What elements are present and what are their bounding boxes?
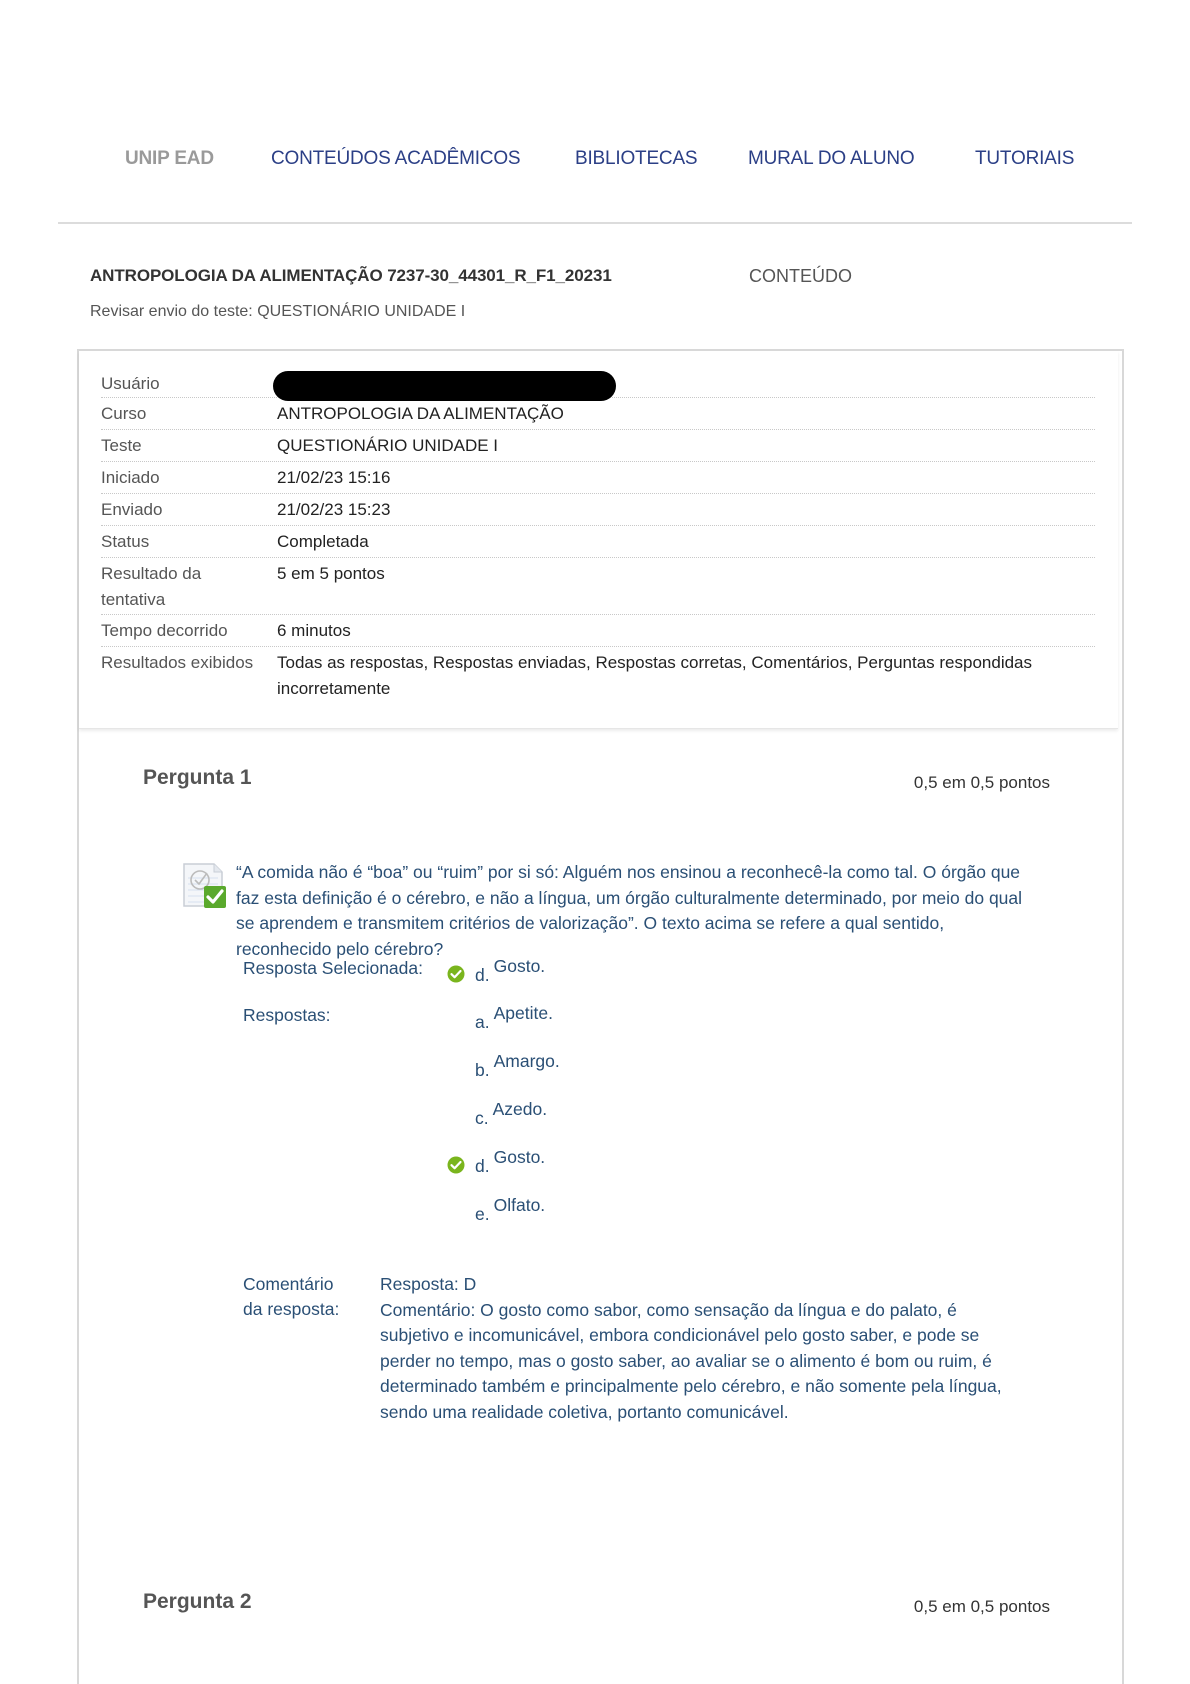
check-circle-icon [447, 1156, 465, 1174]
course-title: ANTROPOLOGIA DA ALIMENTAÇÃO 7237-30_4430… [90, 266, 612, 286]
summary-label: Usuário [101, 371, 271, 397]
comment-text: Comentário: O gosto como sabor, como sen… [380, 1298, 1030, 1426]
answer-option-c: c.Azedo. [475, 1099, 547, 1120]
summary-label: Tempo decorrido [101, 618, 271, 644]
answer-option-d-correct: d.Gosto. [475, 1147, 545, 1168]
summary-value: 21/02/23 15:16 [277, 465, 1077, 491]
summary-value: Todas as respostas, Respostas enviadas, … [277, 650, 1077, 702]
attempt-summary: Usuário Curso ANTROPOLOGIA DA ALIMENTAÇÃ… [79, 351, 1118, 729]
summary-row-teste: Teste QUESTIONÁRIO UNIDADE I [101, 429, 1095, 462]
answer-text: Apetite. [494, 1003, 553, 1023]
summary-label: Curso [101, 401, 271, 427]
nav-item-mural-do-aluno[interactable]: MURAL DO ALUNO [748, 148, 914, 170]
correct-answer-icon [180, 860, 232, 910]
summary-label: Resultados exibidos [101, 650, 271, 676]
question-2-title: Pergunta 2 [143, 1590, 252, 1614]
summary-label: Status [101, 529, 271, 555]
summary-value: 21/02/23 15:23 [277, 497, 1077, 523]
summary-value: 6 minutos [277, 618, 1077, 644]
answer-text: Azedo. [493, 1099, 547, 1119]
comment-answer: Resposta: D [380, 1272, 1030, 1298]
answer-letter: a. [475, 1012, 490, 1032]
breadcrumb: Revisar envio do teste: QUESTIONÁRIO UNI… [90, 303, 465, 321]
summary-value: ANTROPOLOGIA DA ALIMENTAÇÃO [277, 401, 1077, 427]
answer-text: Amargo. [494, 1051, 560, 1071]
summary-row-iniciado: Iniciado 21/02/23 15:16 [101, 461, 1095, 494]
summary-value: Completada [277, 529, 1077, 555]
summary-row-usuario: Usuário [101, 363, 1095, 398]
nav-brand-unip-ead[interactable]: UNIP EAD [125, 148, 214, 170]
answer-option-b: b.Amargo. [475, 1051, 560, 1072]
summary-value: 5 em 5 pontos [277, 561, 1077, 587]
comment-label-line-1: Comentário [243, 1272, 339, 1297]
answer-comment: Resposta: D Comentário: O gosto como sab… [380, 1272, 1030, 1425]
comment-label-line-2: da resposta: [243, 1297, 339, 1322]
summary-row-resultados-exibidos: Resultados exibidos Todas as respostas, … [101, 646, 1095, 706]
summary-value: QUESTIONÁRIO UNIDADE I [277, 433, 1077, 459]
answer-option-e: e.Olfato. [475, 1195, 545, 1216]
question-1-text: “A comida não é “boa” ou “ruim” por si s… [236, 860, 1026, 962]
nav-item-bibliotecas[interactable]: BIBLIOTECAS [575, 148, 697, 170]
nav-item-tutoriais[interactable]: TUTORIAIS [975, 148, 1074, 170]
selected-answer: d.Gosto. [475, 956, 545, 977]
summary-label: Enviado [101, 497, 271, 523]
check-circle-icon [447, 965, 465, 983]
nav-item-conteudos-academicos[interactable]: CONTEÚDOS ACADÊMICOS [271, 148, 520, 170]
selected-answer-label: Resposta Selecionada: [243, 956, 423, 981]
top-navigation: UNIP EAD CONTEÚDOS ACADÊMICOS BIBLIOTECA… [0, 148, 1190, 184]
answer-text: Gosto. [494, 1147, 546, 1167]
summary-label: Iniciado [101, 465, 271, 491]
content-link[interactable]: CONTEÚDO [749, 266, 852, 287]
answer-option-a: a.Apetite. [475, 1003, 553, 1024]
nav-divider [58, 222, 1132, 224]
question-2-points: 0,5 em 0,5 pontos [914, 1597, 1050, 1617]
answer-letter: d. [475, 1156, 490, 1176]
answer-text: Gosto. [494, 956, 546, 976]
answers-label: Respostas: [243, 1003, 331, 1028]
summary-row-enviado: Enviado 21/02/23 15:23 [101, 493, 1095, 526]
summary-label: Teste [101, 433, 271, 459]
answer-letter: e. [475, 1204, 490, 1224]
summary-row-resultado: Resultado da tentativa 5 em 5 pontos [101, 557, 1095, 615]
answer-text: Olfato. [494, 1195, 546, 1215]
summary-row-curso: Curso ANTROPOLOGIA DA ALIMENTAÇÃO [101, 397, 1095, 430]
comment-label: Comentário da resposta: [243, 1272, 339, 1322]
question-1-title: Pergunta 1 [143, 766, 252, 790]
summary-label: Resultado da tentativa [101, 561, 231, 613]
summary-row-tempo: Tempo decorrido 6 minutos [101, 614, 1095, 647]
question-1-points: 0,5 em 0,5 pontos [914, 773, 1050, 793]
answer-letter: d. [475, 965, 490, 985]
summary-row-status: Status Completada [101, 525, 1095, 558]
answer-letter: b. [475, 1060, 490, 1080]
answer-letter: c. [475, 1108, 489, 1128]
